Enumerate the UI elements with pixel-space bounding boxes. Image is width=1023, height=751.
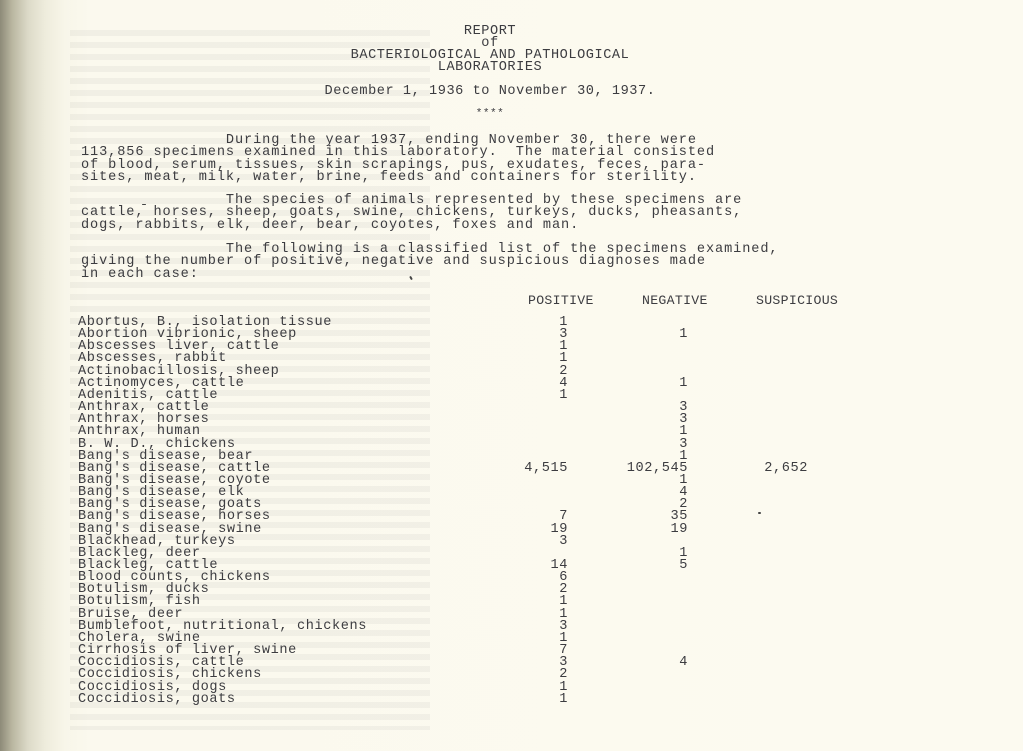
- positive-count: 3: [458, 536, 568, 548]
- positive-count: 2: [458, 584, 568, 596]
- positive-count: 1: [458, 341, 568, 353]
- negative-count: 5: [578, 560, 688, 572]
- positive-count: 2: [458, 669, 568, 681]
- positive-count: 1: [458, 596, 568, 608]
- date-range: December 1, 1936 to November 30, 1937.: [0, 86, 980, 98]
- negative-count: 4: [578, 657, 688, 669]
- negative-count: 102,545: [578, 463, 688, 475]
- report-title-laboratories: LABORATORIES: [0, 62, 980, 74]
- suspicious-count: 2,652: [698, 463, 808, 475]
- ink-speck: [758, 512, 761, 514]
- paragraph-line: dogs, rabbits, elk, deer, bear, coyotes,…: [81, 220, 579, 232]
- positive-count: 2: [458, 366, 568, 378]
- positive-count: 1: [458, 317, 568, 329]
- negative-count: 3: [578, 414, 688, 426]
- positive-count: 7: [458, 645, 568, 657]
- positive-count: 1: [458, 390, 568, 402]
- column-header-negative: NEGATIVE: [642, 293, 708, 308]
- negative-count: 1: [578, 378, 688, 390]
- column-header-suspicious: SUSPICIOUS: [756, 293, 838, 308]
- paragraph-line: sites, meat, milk, water, brine, feeds a…: [81, 172, 697, 184]
- negative-count: 1: [578, 548, 688, 560]
- negative-count: 1: [578, 426, 688, 438]
- negative-count: 1: [578, 475, 688, 487]
- ink-speck: [142, 204, 146, 205]
- positive-count: 1: [458, 633, 568, 645]
- negative-count: 19: [578, 524, 688, 536]
- positive-count: 1: [458, 353, 568, 365]
- paragraph-line: in each case:: [81, 269, 199, 281]
- positive-count: 3: [458, 621, 568, 633]
- positive-count: 6: [458, 572, 568, 584]
- negative-count: 4: [578, 487, 688, 499]
- scanned-page: REPORT of BACTERIOLOGICAL AND PATHOLOGIC…: [0, 0, 1023, 751]
- positive-count: 4,515: [458, 463, 568, 475]
- positive-count: 1: [458, 609, 568, 621]
- separator: ****: [0, 108, 980, 120]
- positive-count: 19: [458, 524, 568, 536]
- negative-count: 1: [578, 329, 688, 341]
- positive-count: 14: [458, 560, 568, 572]
- positive-count: 4: [458, 378, 568, 390]
- positive-count: 1: [458, 682, 568, 694]
- positive-count: 3: [458, 657, 568, 669]
- negative-count: 3: [578, 402, 688, 414]
- positive-count: 3: [458, 329, 568, 341]
- row-name: Coccidiosis, goats: [78, 694, 236, 706]
- negative-count: 3: [578, 439, 688, 451]
- positive-count: 1: [458, 694, 568, 706]
- column-header-positive: POSITIVE: [528, 293, 594, 308]
